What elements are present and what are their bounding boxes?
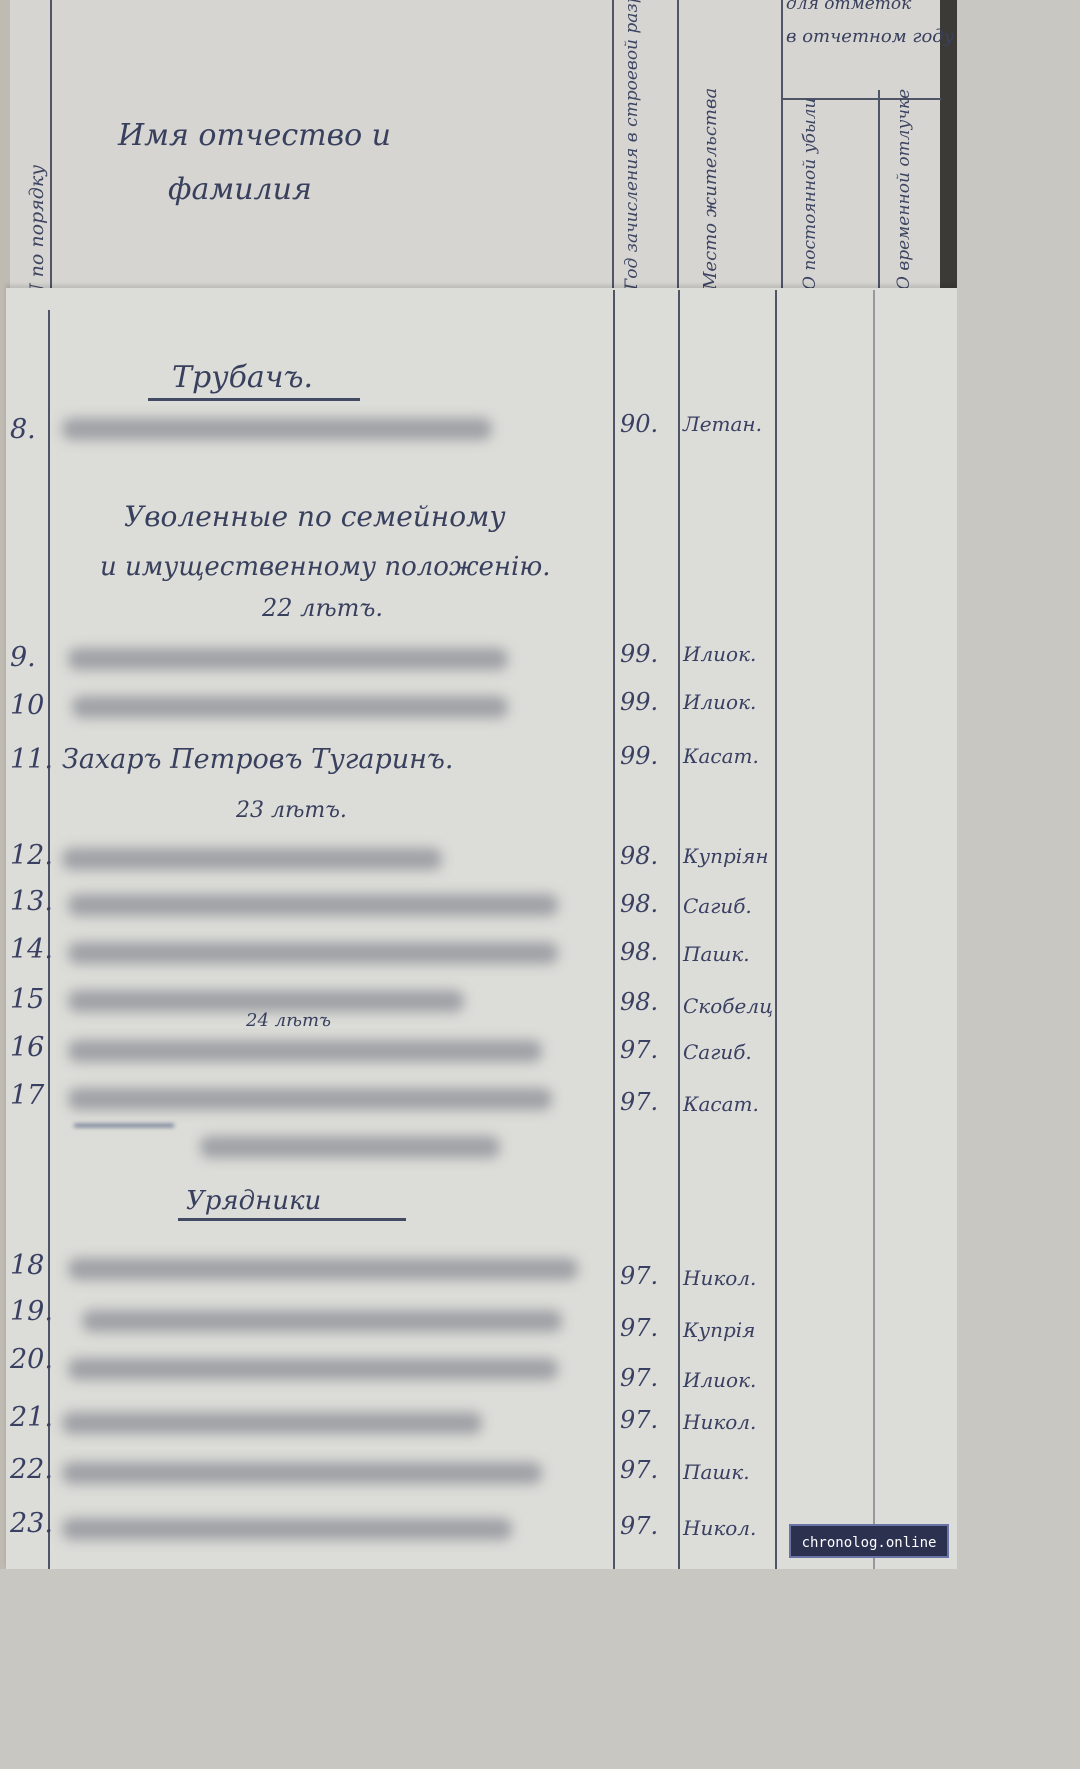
redacted-name-continuation bbox=[200, 1136, 500, 1158]
row-name: Захаръ Петровъ Тугаринъ. bbox=[62, 744, 454, 775]
row-place: Купрія bbox=[683, 1318, 755, 1342]
row-place: Касат. bbox=[683, 744, 759, 768]
strikeout-line bbox=[74, 1124, 174, 1127]
row-year: 90. bbox=[620, 410, 658, 438]
header-place: Место жительства bbox=[700, 88, 721, 290]
row-place: Пашк. bbox=[683, 1460, 750, 1484]
age-group-22: 22 лѣтъ. bbox=[262, 594, 383, 622]
row-number: 14. bbox=[10, 934, 50, 965]
row-place: Илиок. bbox=[683, 690, 756, 714]
rule-remarks bbox=[775, 290, 777, 1569]
row-year: 98. bbox=[620, 842, 658, 870]
header-rule-place bbox=[677, 0, 679, 300]
row-year: 97. bbox=[620, 1314, 658, 1342]
redacted-name bbox=[62, 418, 492, 440]
row-place: Никол. bbox=[683, 1410, 756, 1434]
row-number: 15 bbox=[10, 984, 50, 1015]
header-rule-remarks bbox=[781, 0, 783, 300]
row-number: 8. bbox=[10, 414, 50, 445]
row-number: 22. bbox=[10, 1454, 50, 1485]
header-name-line2: фамилия bbox=[168, 172, 312, 207]
section-orderlies-title: Урядники bbox=[186, 1186, 321, 1216]
header-rule-year bbox=[612, 0, 614, 300]
redacted-name bbox=[68, 1258, 578, 1280]
row-year: 97. bbox=[620, 1406, 658, 1434]
row-year: 97. bbox=[620, 1512, 658, 1540]
row-place: Купріян bbox=[683, 844, 769, 868]
header-year: Год зачисления в строевой разряд bbox=[622, 0, 642, 290]
row-place: Скобелц bbox=[683, 994, 773, 1018]
section-dismissed-line2: и имущественному положенію. bbox=[100, 552, 551, 582]
row-number: 13. bbox=[10, 886, 50, 917]
row-number: 12. bbox=[10, 840, 50, 871]
row-year: 97. bbox=[620, 1088, 658, 1116]
row-year: 99. bbox=[620, 688, 658, 716]
row-place: Илиок. bbox=[683, 642, 756, 666]
row-number: 23. bbox=[10, 1508, 50, 1539]
row-number: 10 bbox=[10, 690, 50, 721]
rule-year bbox=[613, 290, 615, 1569]
row-place: Сагиб. bbox=[683, 1040, 752, 1064]
watermark-link[interactable]: chronolog.online bbox=[789, 1524, 949, 1558]
redacted-name bbox=[62, 1462, 542, 1484]
header-remarks-line1: для отметок bbox=[786, 0, 911, 14]
header-permanent: О постоянной убыли bbox=[800, 98, 820, 291]
redacted-name bbox=[62, 1412, 482, 1434]
header-name-line1: Имя отчество и bbox=[118, 118, 391, 153]
row-place: Никол. bbox=[683, 1516, 756, 1540]
redacted-name bbox=[68, 648, 508, 670]
row-year: 97. bbox=[620, 1456, 658, 1484]
redacted-name bbox=[72, 696, 508, 718]
row-year: 98. bbox=[620, 988, 658, 1016]
redacted-name bbox=[62, 848, 442, 870]
redacted-name bbox=[82, 1310, 562, 1332]
rule-sub bbox=[873, 290, 875, 1569]
section-trumpeter-underline bbox=[148, 398, 360, 401]
row-number: 20. bbox=[10, 1344, 50, 1375]
redacted-name bbox=[62, 1518, 512, 1540]
header-rule-sub bbox=[878, 90, 880, 300]
row-place: Касат. bbox=[683, 1092, 759, 1116]
row-number: 16 bbox=[10, 1032, 50, 1063]
redacted-name bbox=[68, 990, 464, 1012]
redacted-name bbox=[68, 942, 558, 964]
header-number: N по порядку bbox=[26, 165, 48, 300]
redacted-name bbox=[68, 1040, 542, 1062]
section-trumpeter-title: Трубачъ. bbox=[172, 360, 313, 395]
age-group-23: 23 лѣтъ. bbox=[236, 798, 347, 823]
row-number: 11. bbox=[10, 744, 50, 775]
header-remarks-line2: в отчетном году bbox=[786, 26, 954, 47]
row-year: 98. bbox=[620, 938, 658, 966]
row-year: 98. bbox=[620, 890, 658, 918]
row-place: Илиок. bbox=[683, 1368, 756, 1392]
row-number: 9. bbox=[10, 642, 50, 673]
redacted-name bbox=[68, 1358, 558, 1380]
row-place: Пашк. bbox=[683, 942, 750, 966]
header-rule-number bbox=[50, 0, 52, 300]
row-year: 97. bbox=[620, 1364, 658, 1392]
row-number: 17 bbox=[10, 1080, 50, 1111]
section-dismissed-line1: Уволенные по семейному bbox=[124, 500, 506, 533]
row-place: Летан. bbox=[683, 412, 762, 436]
redacted-name bbox=[68, 1088, 552, 1110]
age-group-24: 24 лѣтъ bbox=[246, 1010, 331, 1031]
row-number: 21. bbox=[10, 1402, 50, 1433]
row-year: 97. bbox=[620, 1262, 658, 1290]
redacted-name bbox=[68, 894, 558, 916]
row-place: Сагиб. bbox=[683, 894, 752, 918]
row-number: 18 bbox=[10, 1250, 50, 1281]
row-number: 19. bbox=[10, 1296, 50, 1327]
header-temporary: О временной отлучке bbox=[894, 89, 914, 290]
rule-place bbox=[678, 290, 680, 1569]
row-year: 97. bbox=[620, 1036, 658, 1064]
row-year: 99. bbox=[620, 742, 658, 770]
section-orderlies-underline bbox=[178, 1218, 406, 1221]
row-year: 99. bbox=[620, 640, 658, 668]
row-place: Никол. bbox=[683, 1266, 756, 1290]
